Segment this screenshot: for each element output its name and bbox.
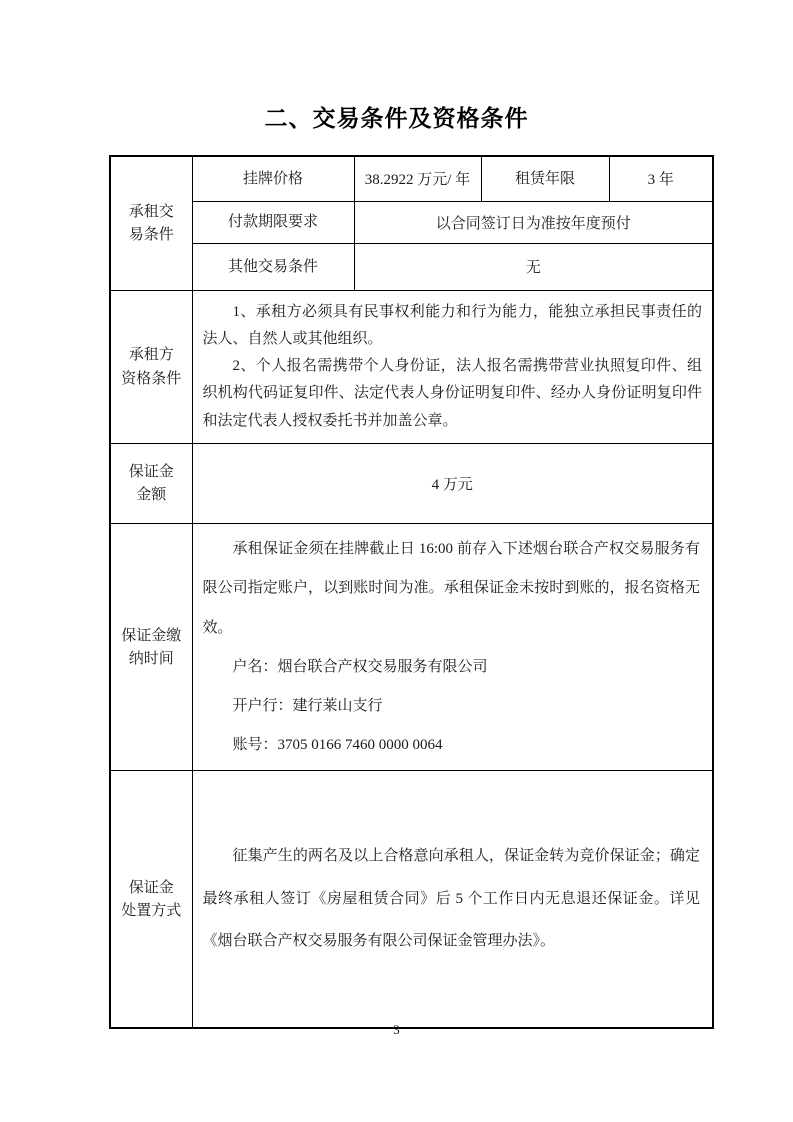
other-conditions-value: 无: [354, 243, 713, 290]
table-row: 保证金缴 纳时间 承租保证金须在挂牌截止日 16:00 前存入下述烟台联合产权交…: [110, 523, 713, 770]
row-header-qualification: 承租方 资格条件: [110, 290, 192, 443]
qualification-content: 1、承租方必须具有民事权利能力和行为能力，能独立承担民事责任的法人、自然人或其他…: [192, 290, 713, 443]
bank-branch-line: 开户行：建行莱山支行: [203, 687, 701, 726]
row-header-label: 保证金缴 纳时间: [121, 624, 181, 671]
payment-terms-value: 以合同签订日为准按年度预付: [354, 201, 713, 243]
lease-term-label: 租赁年限: [481, 156, 609, 201]
qualification-item-2: 2、个人报名需携带个人身份证，法人报名需携带营业执照复印件、组织机构代码证复印件…: [203, 353, 703, 435]
qualification-item-1: 1、承租方必须具有民事权利能力和行为能力，能独立承担民事责任的法人、自然人或其他…: [203, 299, 703, 354]
row-header-deposit-disposal: 保证金 处置方式: [110, 770, 192, 1028]
other-conditions-label: 其他交易条件: [192, 243, 354, 290]
table-row: 保证金 金额 4 万元: [110, 443, 713, 523]
table-row: 承租交 易条件 挂牌价格 38.2922 万元/ 年 租赁年限 3 年: [110, 156, 713, 201]
row-header-leasing-conditions: 承租交 易条件: [110, 156, 192, 290]
listing-price-label: 挂牌价格: [192, 156, 354, 201]
deposit-time-content: 承租保证金须在挂牌截止日 16:00 前存入下述烟台联合产权交易服务有限公司指定…: [192, 523, 713, 770]
row-header-label: 承租交 易条件: [129, 200, 174, 247]
account-number-line: 账号：3705 0166 7460 0000 0064: [203, 726, 701, 765]
deposit-time-paragraph: 承租保证金须在挂牌截止日 16:00 前存入下述烟台联合产权交易服务有限公司指定…: [203, 530, 701, 648]
row-header-deposit-amount: 保证金 金额: [110, 443, 192, 523]
row-header-label: 承租方 资格条件: [121, 343, 181, 390]
page-number: 3: [0, 1022, 793, 1038]
table-row: 付款期限要求 以合同签订日为准按年度预付: [110, 201, 713, 243]
table-row: 其他交易条件 无: [110, 243, 713, 290]
document-page: 二、交易条件及资格条件 承租交 易条件 挂牌价格 38.2922 万元/ 年 租…: [0, 0, 793, 1122]
account-name-line: 户名：烟台联合产权交易服务有限公司: [203, 648, 701, 687]
page-title: 二、交易条件及资格条件: [0, 100, 793, 133]
lease-term-value: 3 年: [609, 156, 713, 201]
table-row: 承租方 资格条件 1、承租方必须具有民事权利能力和行为能力，能独立承担民事责任的…: [110, 290, 713, 443]
deposit-disposal-paragraph: 征集产生的两名及以上合格意向承租人，保证金转为竞价保证金；确定最终承租人签订《房…: [203, 835, 701, 963]
row-header-label: 保证金 处置方式: [121, 876, 181, 923]
conditions-table: 承租交 易条件 挂牌价格 38.2922 万元/ 年 租赁年限 3 年 付款期限…: [109, 155, 714, 1029]
payment-terms-label: 付款期限要求: [192, 201, 354, 243]
row-header-deposit-time: 保证金缴 纳时间: [110, 523, 192, 770]
row-header-label: 保证金 金额: [129, 460, 174, 507]
deposit-amount-value: 4 万元: [192, 443, 713, 523]
table-row: 保证金 处置方式 征集产生的两名及以上合格意向承租人，保证金转为竞价保证金；确定…: [110, 770, 713, 1028]
deposit-disposal-content: 征集产生的两名及以上合格意向承租人，保证金转为竞价保证金；确定最终承租人签订《房…: [192, 770, 713, 1028]
listing-price-value: 38.2922 万元/ 年: [354, 156, 481, 201]
